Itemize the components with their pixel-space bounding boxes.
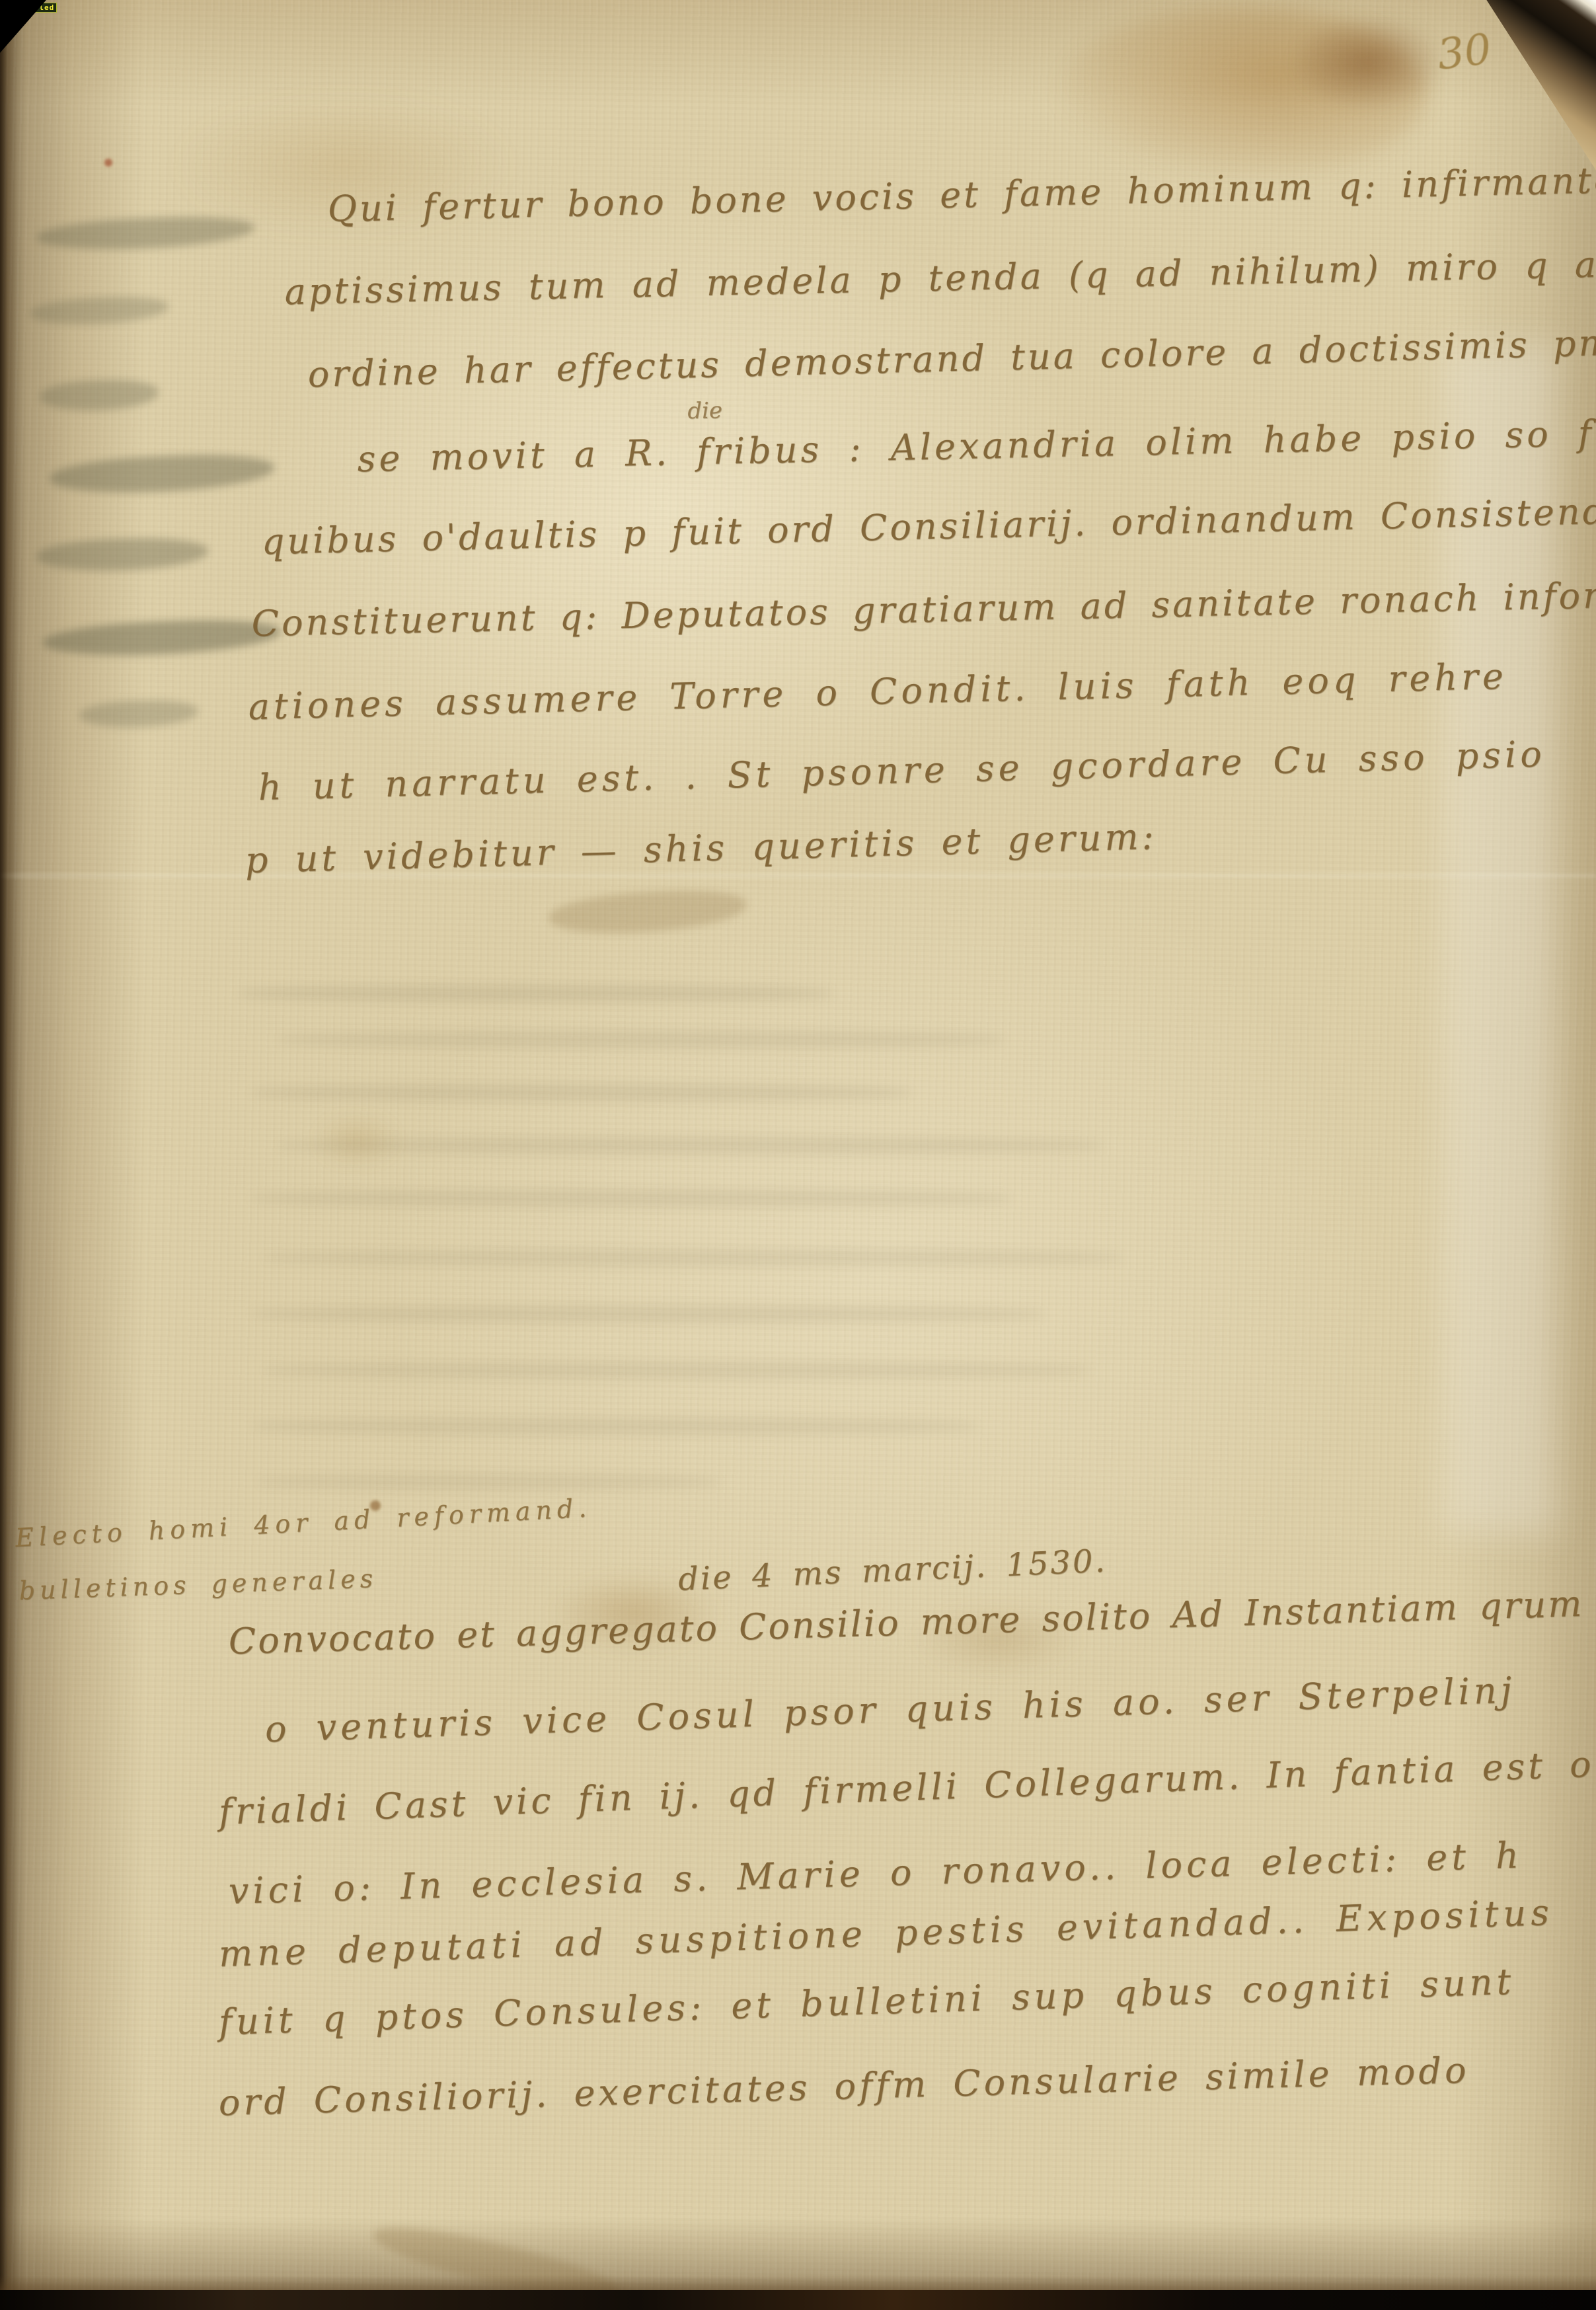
manuscript-scan: 30 Omegiabled Qui fertur bono bone vocis… <box>0 0 1596 2310</box>
folio-number: 30 <box>1435 24 1494 79</box>
interline-note: die <box>687 397 722 424</box>
scan-watermark-label: Omegiabled <box>1 3 57 13</box>
